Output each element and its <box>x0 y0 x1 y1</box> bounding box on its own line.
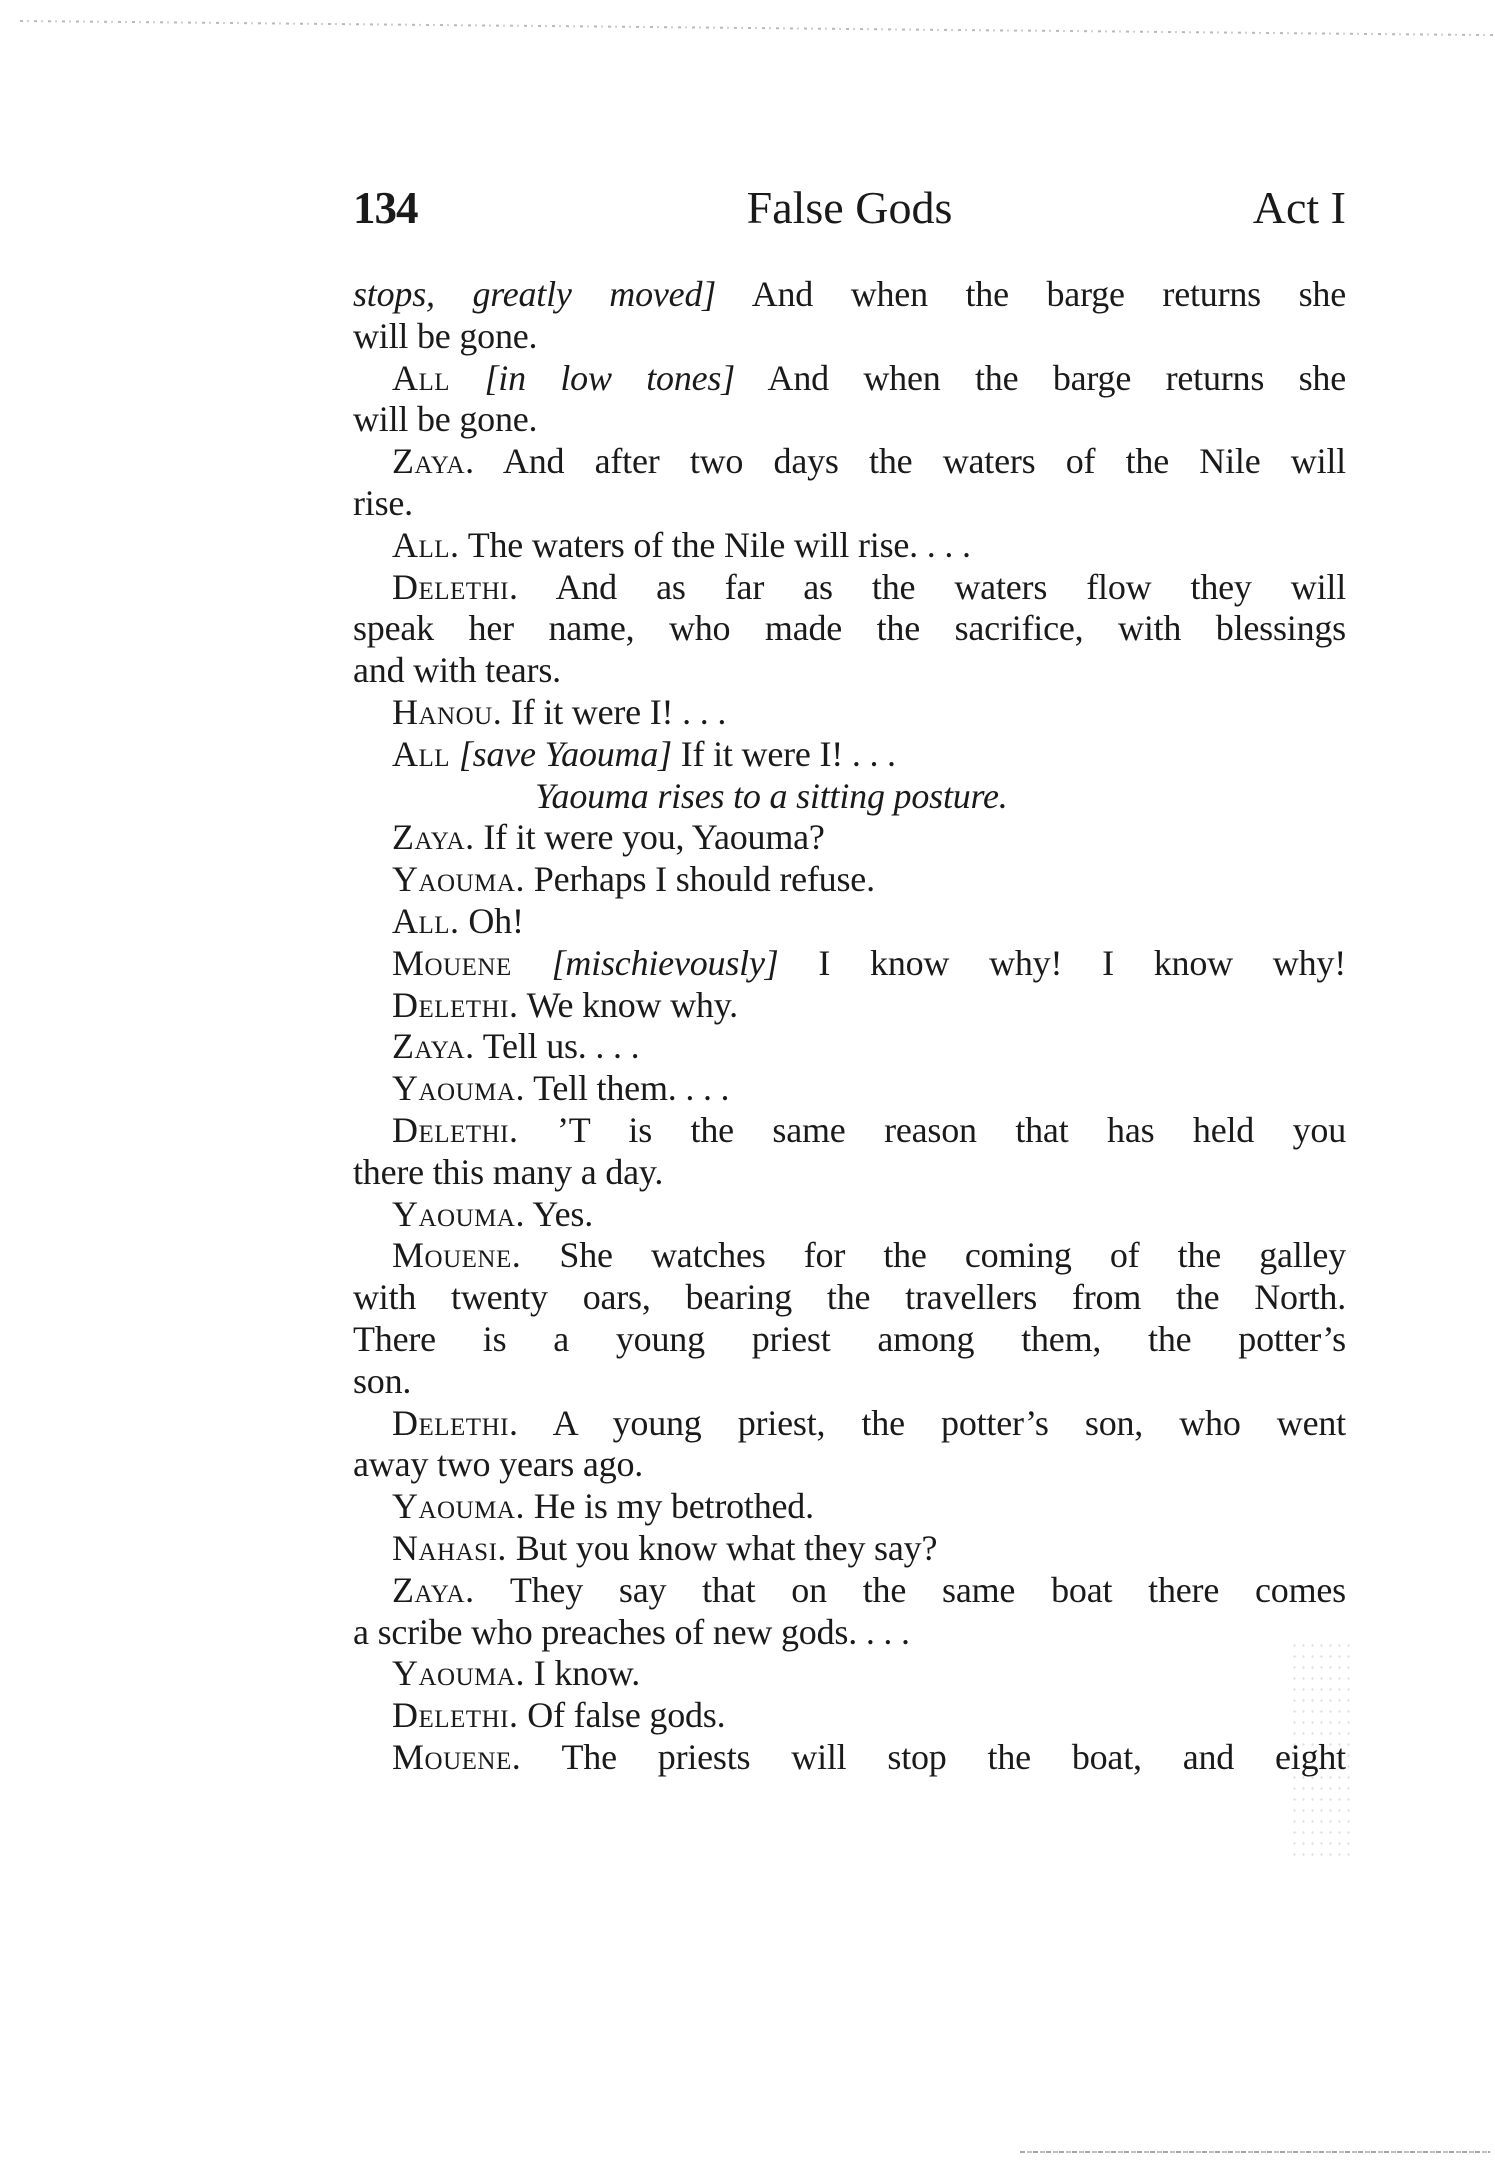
speaker-name: Yaouma. <box>392 1068 525 1108</box>
speech-line: Zaya. Tell us. . . . <box>353 1026 1346 1068</box>
stage-direction: [mischievously] <box>512 943 779 983</box>
speaker-name: Hanou. <box>392 692 502 732</box>
speaker-name: Yaouma. <box>392 1486 525 1526</box>
speech-line: Mouene [mischievously] I know why! I kno… <box>353 943 1346 985</box>
continuation-line: away two years ago. <box>353 1444 1346 1486</box>
continuation-line: stops, greatly moved] And when the barge… <box>353 274 1346 316</box>
continuation-line: will be gone. <box>353 399 1346 441</box>
speech-line: Nahasi. But you know what they say? <box>353 1528 1346 1570</box>
speaker-name: Yaouma. <box>392 1653 525 1693</box>
speech-line: All. Oh! <box>353 901 1346 943</box>
dialogue-text: Tell them. . . . <box>525 1068 729 1108</box>
speech-line: All [in low tones] And when the barge re… <box>353 358 1346 400</box>
dialogue-text: speak her name, who made the sacrifice, … <box>353 608 1346 648</box>
dialogue-text: Perhaps I should refuse. <box>525 859 875 899</box>
dialogue-text: a scribe who preaches of new gods. . . . <box>353 1612 910 1652</box>
speaker-name: Yaouma. <box>392 1194 525 1234</box>
continuation-line: there this many a day. <box>353 1152 1346 1194</box>
speaker-name: Mouene <box>392 943 512 983</box>
speech-line: All [save Yaouma] If it were I! . . . <box>353 734 1346 776</box>
dialogue-text: with twenty oars, bearing the travellers… <box>353 1277 1346 1317</box>
speech-line: Yaouma. I know. <box>353 1653 1346 1695</box>
stage-direction: [save Yaouma] <box>450 734 672 774</box>
dialogue-text: The priests will stop the boat, and eigh… <box>521 1737 1346 1777</box>
scan-edge-artifact-bottom <box>1020 2151 1490 2153</box>
play-text-body: stops, greatly moved] And when the barge… <box>353 274 1346 1779</box>
speaker-name: Zaya. <box>392 817 475 857</box>
dialogue-text: A young priest, the potter’s son, who we… <box>518 1403 1346 1443</box>
dialogue-text: There is a young priest among them, the … <box>353 1319 1346 1359</box>
speech-line: Delethi. We know why. <box>353 985 1346 1027</box>
speaker-name: Mouene. <box>392 1235 521 1275</box>
dialogue-text: And after two days the waters of the Nil… <box>475 441 1346 481</box>
speaker-name: Mouene. <box>392 1737 521 1777</box>
dialogue-text: And when the barge returns she <box>735 358 1346 398</box>
speech-line: Yaouma. Yes. <box>353 1194 1346 1236</box>
speech-line: Yaouma. He is my betrothed. <box>353 1486 1346 1528</box>
dialogue-text: If it were you, Yaouma? <box>475 817 825 857</box>
dialogue-text: son. <box>353 1361 411 1401</box>
speaker-name: All. <box>392 901 460 941</box>
dialogue-text: rise. <box>353 483 413 523</box>
dialogue-text: He is my betrothed. <box>525 1486 814 1526</box>
speaker-name: All <box>392 358 450 398</box>
continuation-line: and with tears. <box>353 650 1346 692</box>
speech-line: Mouene. The priests will stop the boat, … <box>353 1737 1346 1779</box>
continuation-line: rise. <box>353 483 1346 525</box>
dialogue-text: Oh! <box>460 901 524 941</box>
speech-line: Delethi. A young priest, the potter’s so… <box>353 1403 1346 1445</box>
continuation-line: speak her name, who made the sacrifice, … <box>353 608 1346 650</box>
speaker-name: All <box>392 734 450 774</box>
speaker-name: All. <box>392 525 460 565</box>
speech-line: Hanou. If it were I! . . . <box>353 692 1346 734</box>
continuation-line: son. <box>353 1361 1346 1403</box>
running-head: 134 False Gods Act I <box>353 180 1346 236</box>
dialogue-text: and with tears. <box>353 650 561 690</box>
speaker-name: Zaya. <box>392 1570 475 1610</box>
speech-line: Delethi. ’T is the same reason that has … <box>353 1110 1346 1152</box>
dialogue-text: I know why! I know why! <box>779 943 1346 983</box>
dialogue-text: ’T is the same reason that has held you <box>518 1110 1346 1150</box>
speaker-name: Delethi. <box>392 567 518 607</box>
speaker-name: Delethi. <box>392 1403 518 1443</box>
speech-line: Delethi. Of false gods. <box>353 1695 1346 1737</box>
dialogue-text: will be gone. <box>353 316 537 356</box>
continuation-line: There is a young priest among them, the … <box>353 1319 1346 1361</box>
speech-line: All. The waters of the Nile will rise. .… <box>353 525 1346 567</box>
speaker-name: Delethi. <box>392 985 518 1025</box>
continuation-line: will be gone. <box>353 316 1346 358</box>
dialogue-text: away two years ago. <box>353 1444 643 1484</box>
stage-direction-line: Yaouma rises to a sitting posture. <box>353 776 1346 818</box>
dialogue-text: I know. <box>525 1653 640 1693</box>
dialogue-text: there this many a day. <box>353 1152 663 1192</box>
dialogue-text: And as far as the waters flow they will <box>518 567 1346 607</box>
dialogue-text: Yes. <box>525 1194 593 1234</box>
speech-line: Zaya. And after two days the waters of t… <box>353 441 1346 483</box>
speaker-name: Yaouma. <box>392 859 525 899</box>
scan-edge-artifact-top <box>20 20 1495 36</box>
dialogue-text: Yaouma rises to a sitting posture. <box>535 776 1008 816</box>
speech-line: Delethi. And as far as the waters flow t… <box>353 567 1346 609</box>
dialogue-text: If it were I! . . . <box>672 734 896 774</box>
continuation-line: with twenty oars, bearing the travellers… <box>353 1277 1346 1319</box>
continuation-line: a scribe who preaches of new gods. . . . <box>353 1612 1346 1654</box>
speech-line: Mouene. She watches for the coming of th… <box>353 1235 1346 1277</box>
stage-direction: [in low tones] <box>450 358 735 398</box>
stage-direction: stops, greatly moved] <box>353 274 716 314</box>
speaker-name: Nahasi. <box>392 1528 507 1568</box>
speaker-name: Zaya. <box>392 441 475 481</box>
dialogue-text: We know why. <box>518 985 737 1025</box>
dialogue-text: She watches for the coming of the galley <box>521 1235 1346 1275</box>
dialogue-text: They say that on the same boat there com… <box>475 1570 1346 1610</box>
speech-line: Zaya. They say that on the same boat the… <box>353 1570 1346 1612</box>
dialogue-text: Tell us. . . . <box>475 1026 640 1066</box>
book-title: False Gods <box>353 180 1346 236</box>
dialogue-text: The waters of the Nile will rise. . . . <box>460 525 971 565</box>
act-label: Act I <box>1253 180 1346 236</box>
speaker-name: Zaya. <box>392 1026 475 1066</box>
dialogue-text: And when the barge returns she <box>716 274 1346 314</box>
dialogue-text: If it were I! . . . <box>502 692 726 732</box>
speech-line: Yaouma. Perhaps I should refuse. <box>353 859 1346 901</box>
dialogue-text: will be gone. <box>353 399 537 439</box>
speech-line: Zaya. If it were you, Yaouma? <box>353 817 1346 859</box>
speaker-name: Delethi. <box>392 1695 518 1735</box>
dialogue-text: Of false gods. <box>518 1695 725 1735</box>
dialogue-text: But you know what they say? <box>507 1528 937 1568</box>
speaker-name: Delethi. <box>392 1110 518 1150</box>
speech-line: Yaouma. Tell them. . . . <box>353 1068 1346 1110</box>
